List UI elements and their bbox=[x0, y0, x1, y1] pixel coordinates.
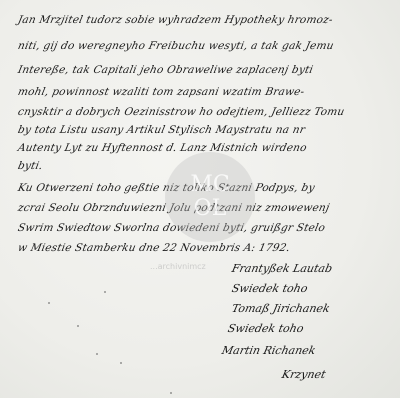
paper-speck bbox=[104, 291, 106, 293]
signature-witness-1: Swiedek toho bbox=[231, 282, 309, 295]
archive-watermark: MC OL bbox=[165, 152, 255, 242]
body-line: by tota Listu usany Artikul Stylisch May… bbox=[17, 124, 307, 136]
body-line: niti, gij do weregneyho Freibuchu wesyti… bbox=[17, 40, 335, 52]
watermark-monogram-bottom: OL bbox=[194, 197, 227, 221]
signature-tomas-jirichanek: Tomaß Jirichanek bbox=[231, 302, 331, 315]
signature-witness-2: Swiedek toho bbox=[227, 322, 305, 335]
body-line: Intereße, tak Capitali jeho Obraweliwe z… bbox=[17, 64, 314, 76]
paper-speck bbox=[77, 325, 79, 327]
body-line: Jan Mrzjitel tudorz sobie wyhradzem Hypo… bbox=[17, 14, 334, 26]
dated-line: w Miestie Stamberku dne 22 Novembris A: … bbox=[17, 242, 291, 254]
watermark-monogram-top: MC bbox=[190, 173, 229, 197]
body-line: byti. bbox=[17, 160, 44, 172]
signature-frantysek-lautab: Frantyßek Lautab bbox=[231, 262, 334, 275]
paper-speck bbox=[120, 362, 122, 364]
paper-speck bbox=[96, 353, 98, 355]
body-line: mohl, powinnost wzaliti tom zapsani wzat… bbox=[17, 86, 306, 98]
body-line: Swrim Swiedtow Sworlna dowiedeni byti, g… bbox=[17, 222, 327, 234]
manuscript-page: Jan Mrzjitel tudorz sobie wyhradzem Hypo… bbox=[0, 0, 400, 398]
watermark-url: ...archivnimcz bbox=[150, 262, 206, 271]
signature-martin-richanek: Martin Richanek bbox=[221, 344, 317, 357]
paper-speck bbox=[48, 302, 50, 304]
body-line: Autenty Lyt zu Hyftennost d. Lanz Mistni… bbox=[17, 142, 308, 154]
body-line: cnysktir a dobrych Oezinisstrow ho odejt… bbox=[17, 106, 346, 118]
signature-krzynet: Krzynet bbox=[281, 368, 327, 381]
paper-speck bbox=[170, 392, 172, 394]
